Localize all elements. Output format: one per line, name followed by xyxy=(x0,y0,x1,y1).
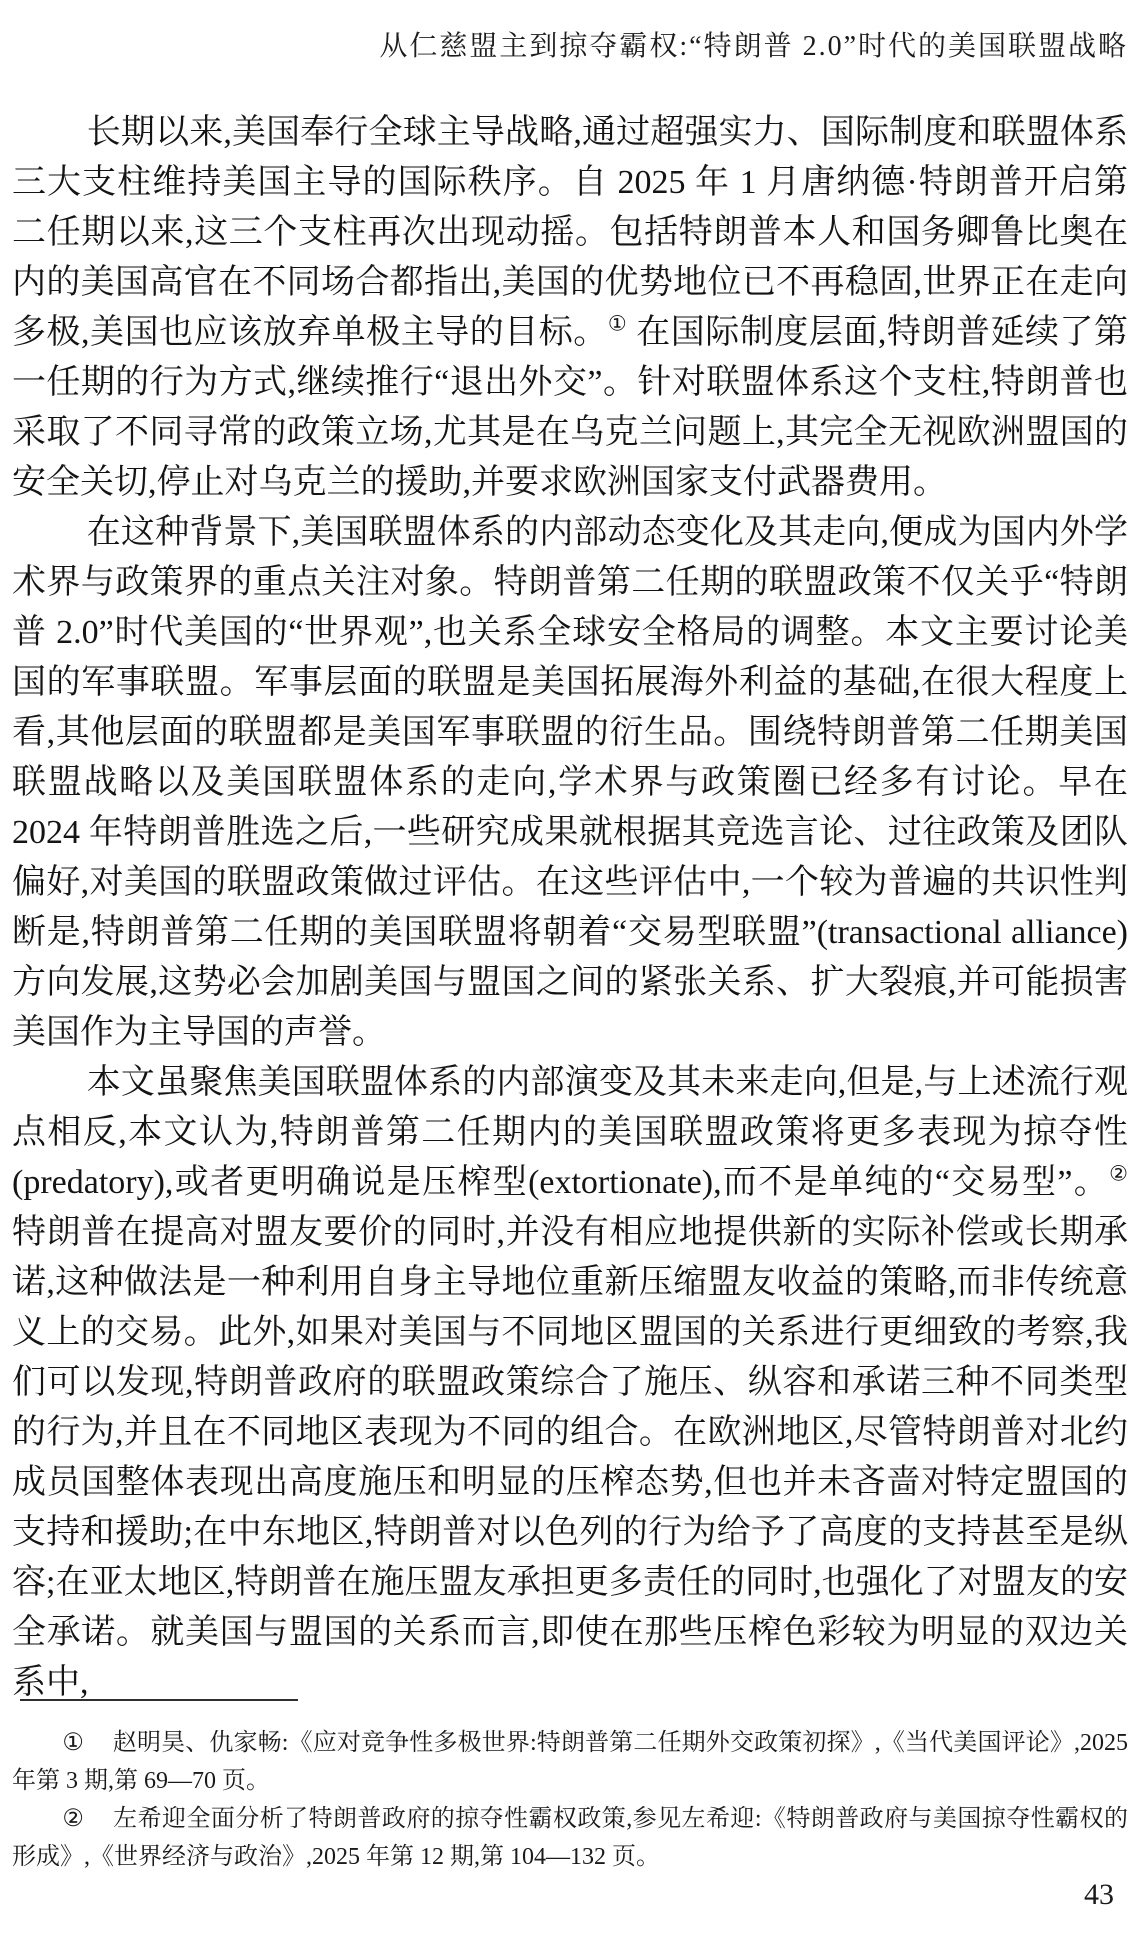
footnote-separator xyxy=(20,1699,298,1701)
paragraph: 本文虽聚焦美国联盟体系的内部演变及其未来走向,但是,与上述流行观点相反,本文认为… xyxy=(12,1058,1128,1708)
paper-page: 从仁慈盟主到掠夺霸权:“特朗普 2.0”时代的美国联盟战略 长期以来,美国奉行全… xyxy=(0,0,1147,1958)
footnote-marker: ① xyxy=(62,1730,84,1756)
paragraph: 长期以来,美国奉行全球主导战略,通过超强实力、国际制度和联盟体系三大支柱维持美国… xyxy=(12,108,1128,508)
footnote-ref: ① xyxy=(608,312,627,336)
footnote-item: ②左希迎全面分析了特朗普政府的掠夺性霸权政策,参见左希迎:《特朗普政府与美国掠夺… xyxy=(12,1800,1128,1876)
footnote-marker: ② xyxy=(62,1806,84,1832)
paragraph: 在这种背景下,美国联盟体系的内部动态变化及其走向,便成为国内外学术界与政策界的重… xyxy=(12,508,1128,1058)
footnote-item: ①赵明昊、仇家畅:《应对竞争性多极世界:特朗普第二任期外交政策初探》,《当代美国… xyxy=(12,1724,1128,1800)
footnotes: ①赵明昊、仇家畅:《应对竞争性多极世界:特朗普第二任期外交政策初探》,《当代美国… xyxy=(12,1724,1128,1876)
page-number: 43 xyxy=(1084,1878,1114,1912)
running-title: 从仁慈盟主到掠夺霸权:“特朗普 2.0”时代的美国联盟战略 xyxy=(0,24,1128,64)
body-paragraphs: 长期以来,美国奉行全球主导战略,通过超强实力、国际制度和联盟体系三大支柱维持美国… xyxy=(12,108,1128,1708)
footnote-ref: ② xyxy=(1109,1162,1128,1186)
